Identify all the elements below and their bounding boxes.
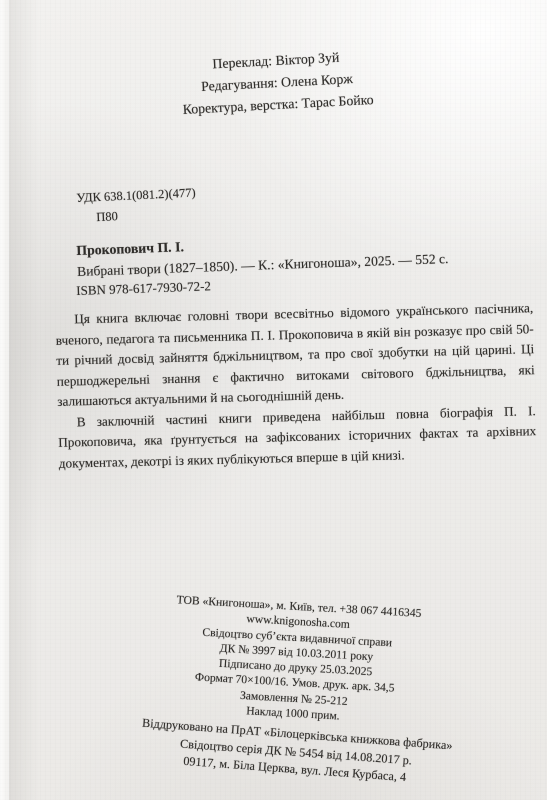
udk-classification-block: УДК 638.1(081.2)(477) П80 — [76, 183, 197, 228]
staff-credits: Переклад: Віктор Зуй Редагування: Олена … — [56, 39, 499, 128]
authors-mark: П80 — [77, 203, 197, 228]
spine-shadow — [9, 0, 39, 800]
bibliographic-record: Прокопович П. І. Вибрані твори (1827–185… — [76, 227, 449, 282]
isbn-line: ISBN 978-617-7930-72-2 — [76, 278, 211, 299]
annotation-paragraph-2: В заключній частині книги приведена найб… — [58, 401, 537, 474]
page-gutter-edge — [0, 0, 9, 800]
publisher-imprint: ТОВ «Книгоноша», м. Київ, тел. +38 067 4… — [54, 586, 538, 735]
book-annotation: Ця книга включає головні твори всесвітнь… — [55, 298, 537, 474]
book-imprint-page: Переклад: Віктор Зуй Редагування: Олена … — [0, 0, 547, 800]
annotation-paragraph-1: Ця книга включає головні твори всесвітнь… — [55, 298, 535, 412]
